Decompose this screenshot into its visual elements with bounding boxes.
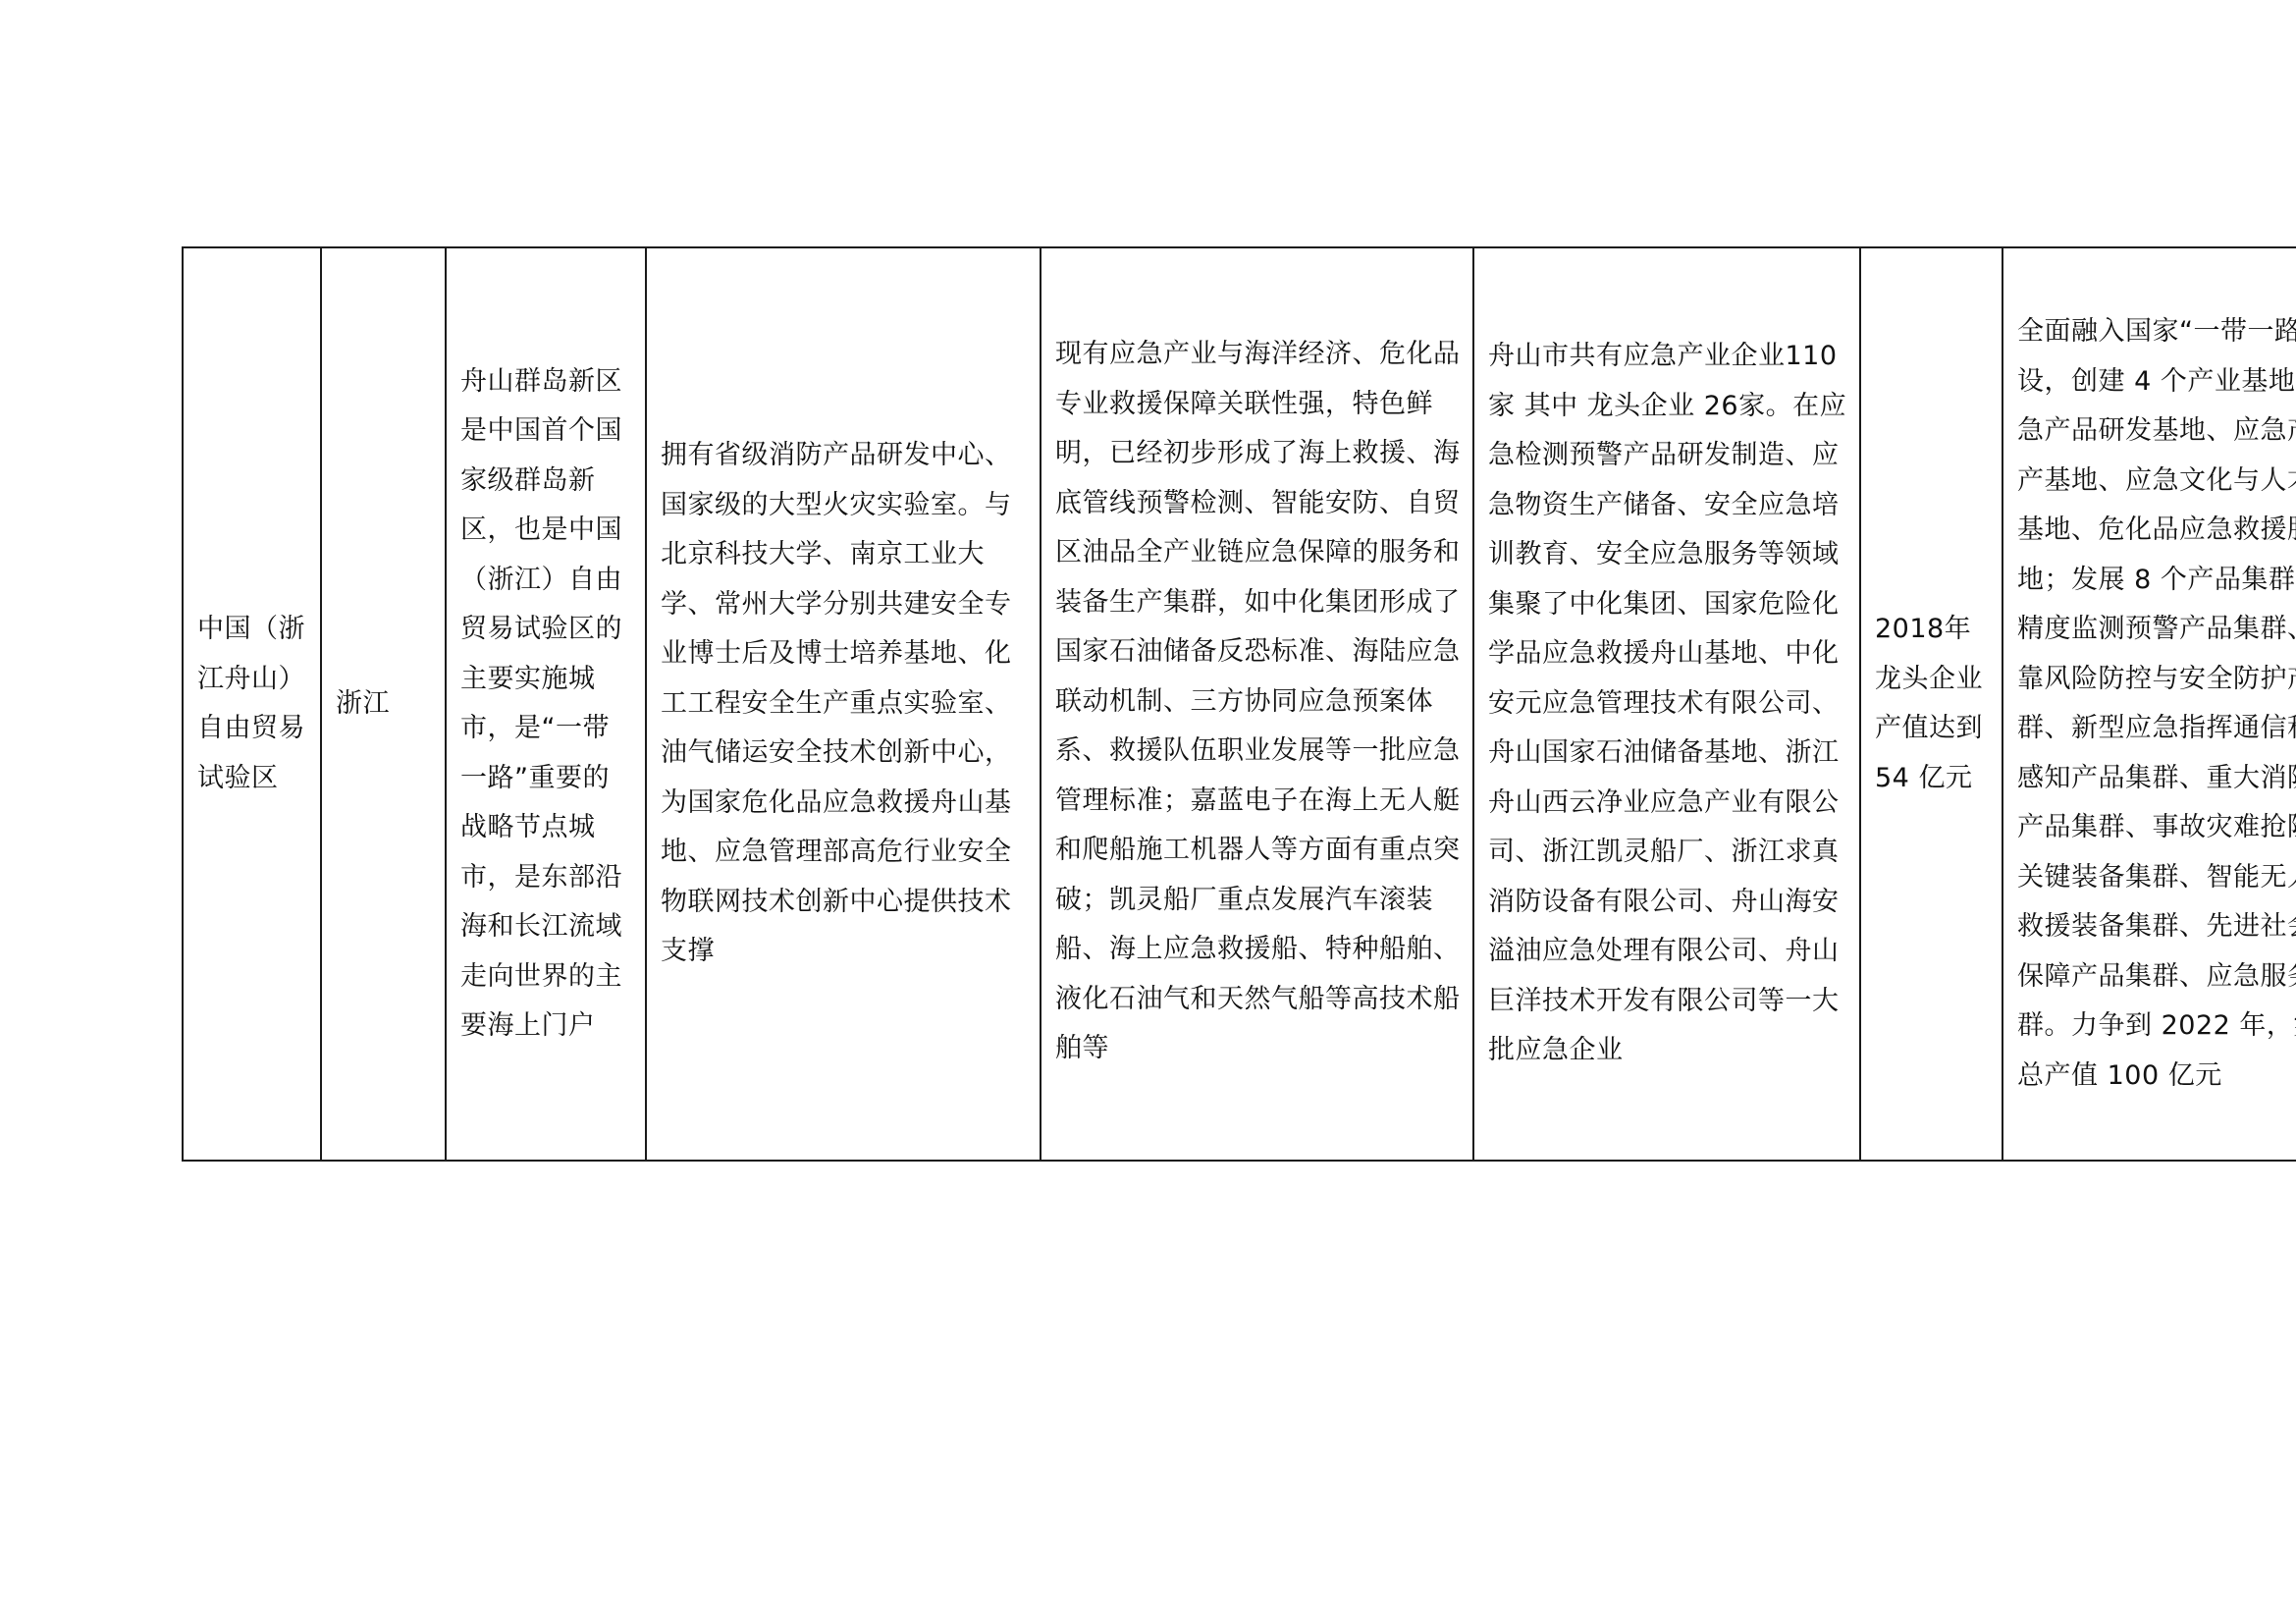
cell-development-plan: 全面融入国家“一带一路”建设，创建 4 个产业基地：应急产品研发基地、应急产品生… [2002, 247, 2296, 1161]
cell-zone-name: 中国（浙江舟山）自由贸易试验区 [183, 247, 321, 1161]
cell-resources: 拥有省级消防产品研发中心、国家级的大型火灾实验室。与北京科技大学、南京工业大学、… [646, 247, 1041, 1161]
features-text: 现有应急产业与海洋经济、危化品专业救援保障关联性强，特色鲜明，已经初步形成了海上… [1055, 330, 1461, 1074]
cell-output: 2018年龙头企业产值达到54 亿元 [1860, 247, 2002, 1161]
development-plan-text: 全面融入国家“一带一路”建设，创建 4 个产业基地：应急产品研发基地、应急产品生… [2017, 307, 2296, 1101]
zone-name-text: 中国（浙江舟山）自由贸易试验区 [197, 605, 308, 803]
table-row: 中国（浙江舟山）自由贸易试验区 浙江 舟山群岛新区是中国首个国家级群岛新区，也是… [183, 247, 2296, 1161]
demonstration-zone-table: 中国（浙江舟山）自由贸易试验区 浙江 舟山群岛新区是中国首个国家级群岛新区，也是… [182, 246, 2296, 1162]
resources-text: 拥有省级消防产品研发中心、国家级的大型火灾实验室。与北京科技大学、南京工业大学、… [661, 431, 1028, 977]
positioning-text: 舟山群岛新区是中国首个国家级群岛新区，也是中国（浙江）自由贸易试验区的主要实施城… [460, 357, 633, 1052]
cell-positioning: 舟山群岛新区是中国首个国家级群岛新区，也是中国（浙江）自由贸易试验区的主要实施城… [446, 247, 646, 1161]
cell-features: 现有应急产业与海洋经济、危化品专业救援保障关联性强，特色鲜明，已经初步形成了海上… [1041, 247, 1473, 1161]
province-text: 浙江 [336, 679, 433, 730]
cell-enterprises: 舟山市共有应急产业企业110 家 其中 龙头企业 26家。在应急检测预警产品研发… [1473, 247, 1860, 1161]
output-text: 2018年龙头企业产值达到54 亿元 [1875, 605, 1990, 803]
document-page: 中国（浙江舟山）自由贸易试验区 浙江 舟山群岛新区是中国首个国家级群岛新区，也是… [0, 0, 2296, 1624]
enterprises-text: 舟山市共有应急产业企业110 家 其中 龙头企业 26家。在应急检测预警产品研发… [1488, 332, 1847, 1076]
cell-province: 浙江 [321, 247, 446, 1161]
